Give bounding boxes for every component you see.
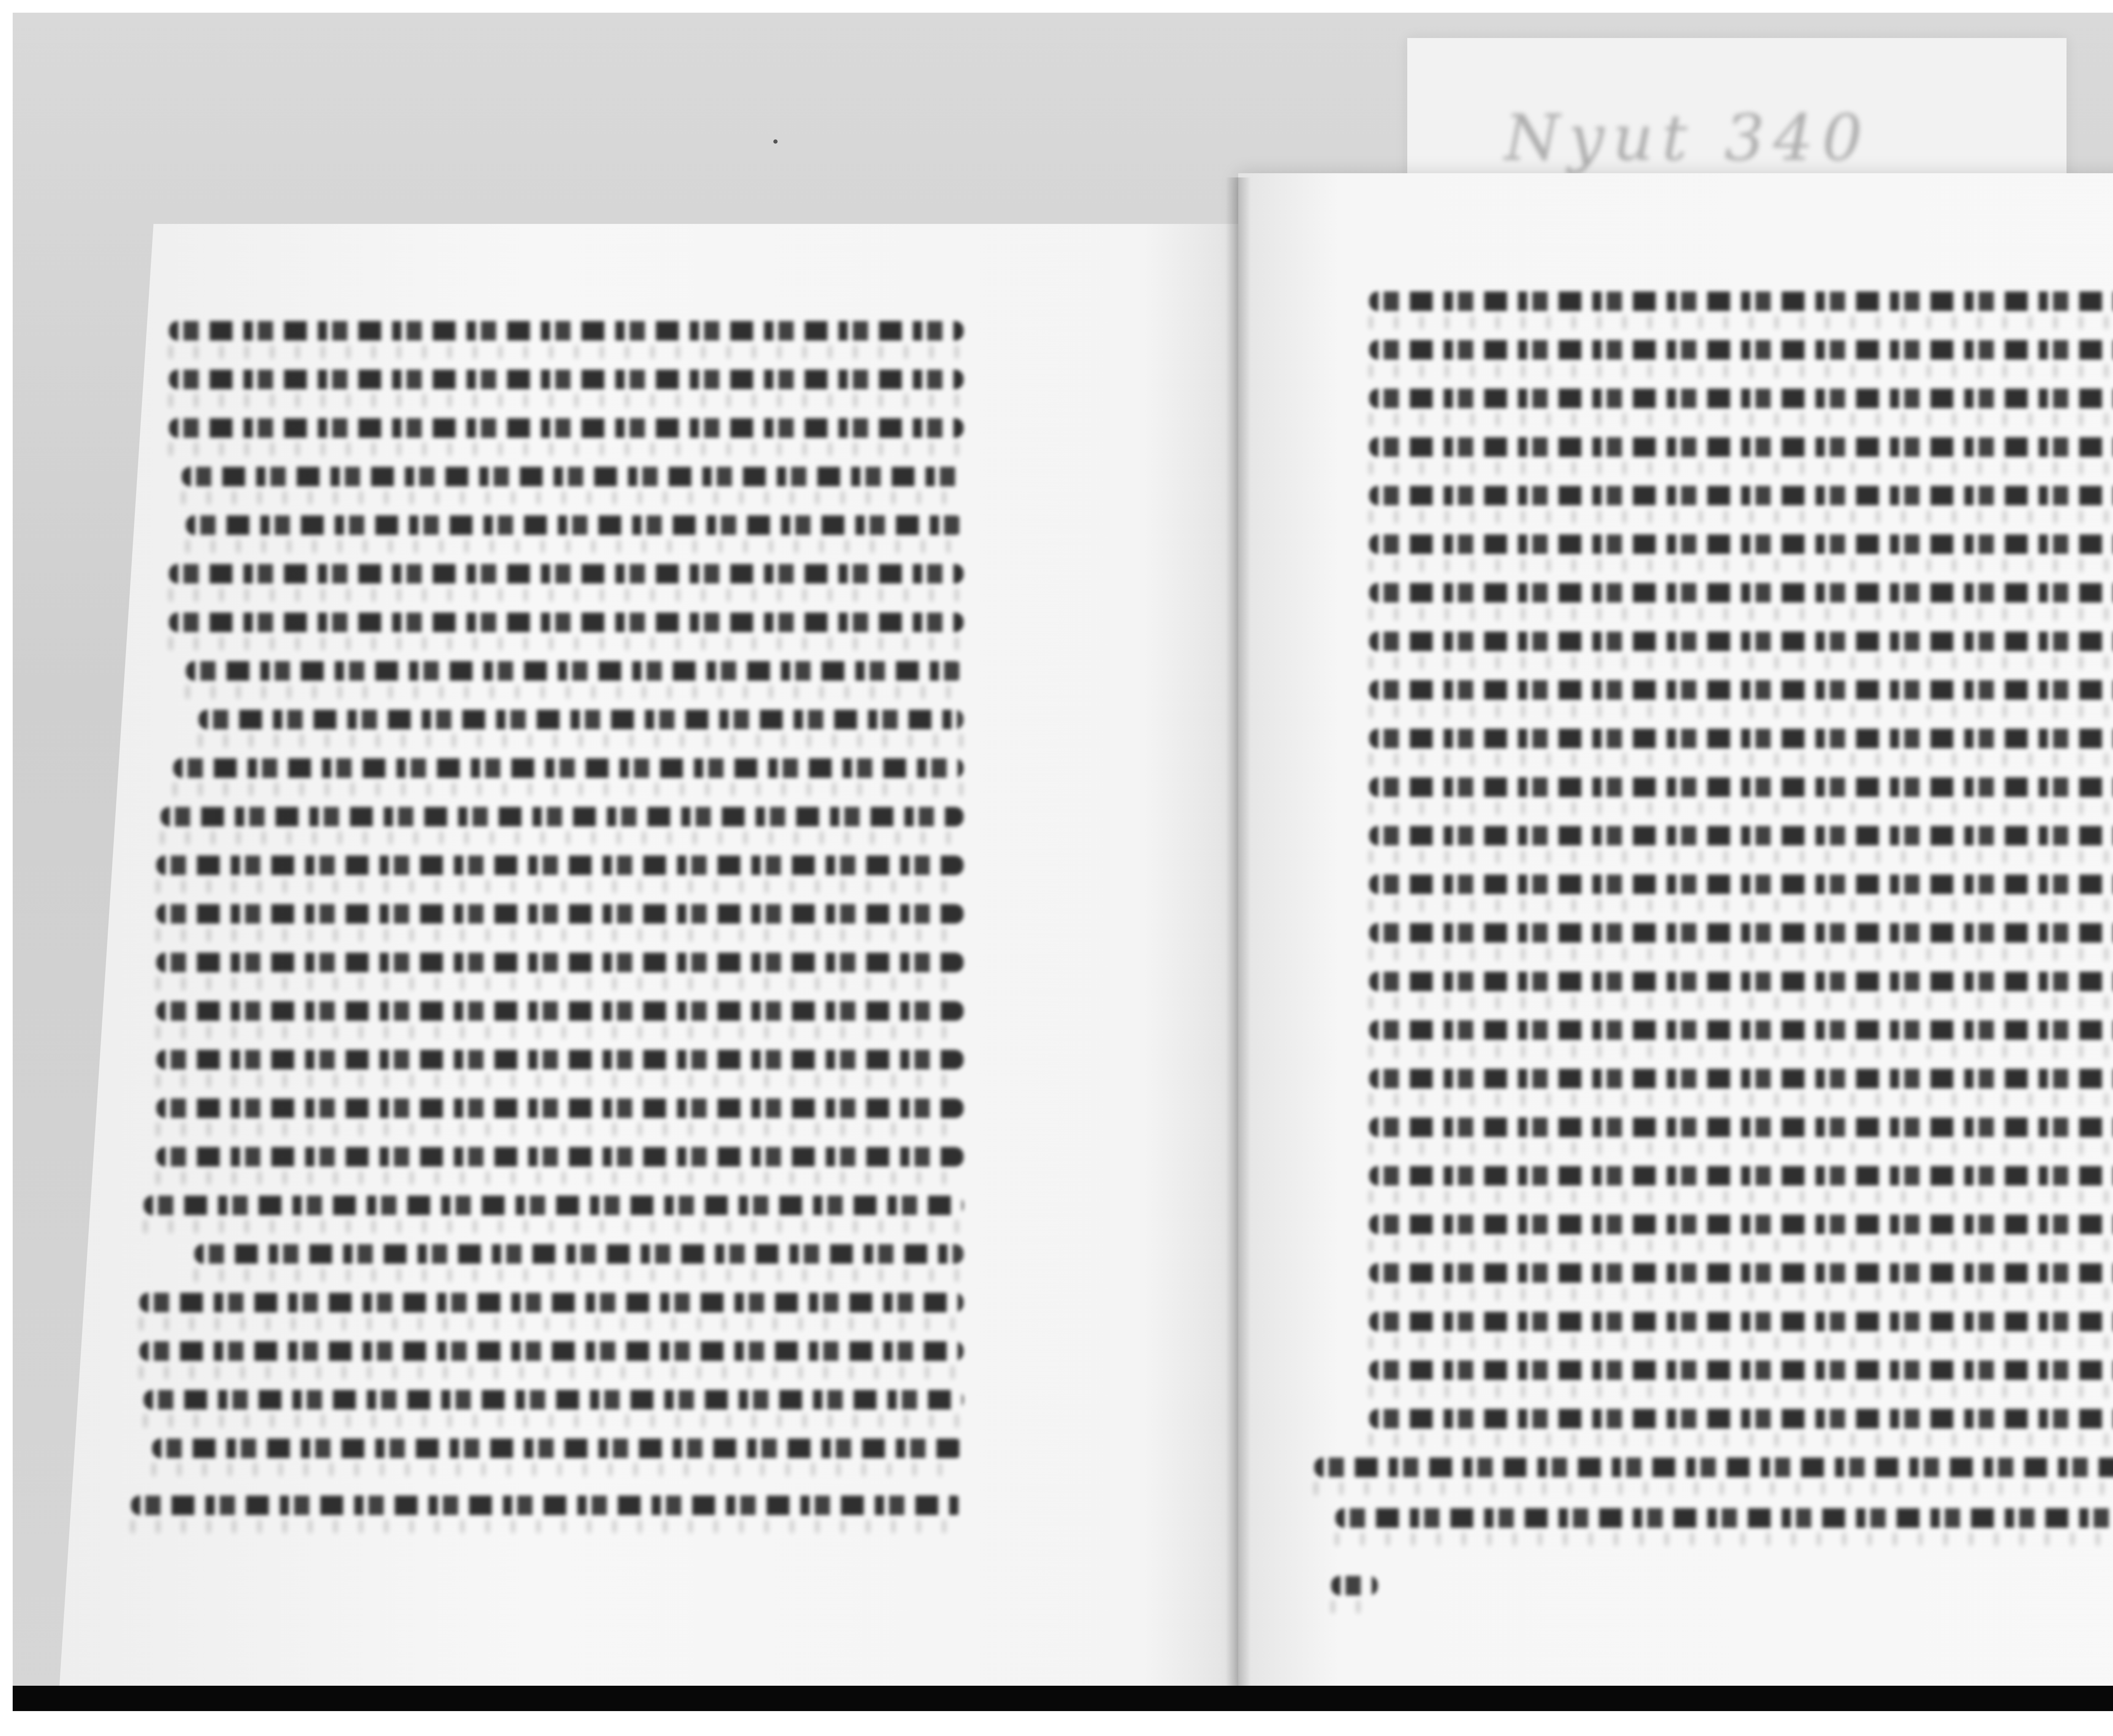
manuscript-text-line xyxy=(156,953,964,972)
manuscript-text-line xyxy=(1369,1166,2113,1185)
manuscript-text-line xyxy=(1369,1117,2113,1137)
manuscript-text-line xyxy=(152,1439,964,1458)
manuscript-text-line xyxy=(156,856,964,875)
right-page-text-block xyxy=(1238,173,2113,1690)
manuscript-text-line xyxy=(1369,340,2113,360)
film-edge-bottom-band xyxy=(13,1686,2113,1711)
manuscript-text-line xyxy=(1369,1215,2113,1234)
manuscript-text-line xyxy=(161,807,964,826)
manuscript-text-line xyxy=(169,370,964,389)
manuscript-text-line xyxy=(1369,680,2113,700)
manuscript-text-line xyxy=(1369,1409,2113,1428)
manuscript-text-line xyxy=(182,467,964,486)
manuscript-text-line xyxy=(139,1293,964,1312)
manuscript-text-line xyxy=(1314,1458,2113,1477)
manuscript-text-line xyxy=(169,418,964,438)
manuscript-text-line xyxy=(156,1050,964,1069)
manuscript-text-line xyxy=(1369,292,2113,311)
manuscript-text-line xyxy=(156,1001,964,1021)
book-gutter xyxy=(1226,177,1251,1690)
shelf-label-text: Nyut 340 xyxy=(1504,101,1871,175)
manuscript-text-line xyxy=(1369,1020,2113,1040)
manuscript-text-line xyxy=(1369,729,2113,748)
manuscript-text-line xyxy=(1369,1360,2113,1380)
manuscript-text-line xyxy=(173,758,964,778)
manuscript-text-line xyxy=(1369,583,2113,602)
manuscript-text-line xyxy=(1369,1312,2113,1331)
manuscript-text-line xyxy=(156,1098,964,1118)
manuscript-text-line xyxy=(139,1341,964,1361)
manuscript-text-line xyxy=(144,1390,964,1409)
manuscript-text-line xyxy=(1331,1576,1378,1595)
dust-speck xyxy=(773,139,778,144)
manuscript-text-line xyxy=(156,904,964,924)
manuscript-text-line xyxy=(131,1496,964,1515)
manuscript-text-line xyxy=(1369,389,2113,408)
manuscript-text-line xyxy=(1369,972,2113,991)
manuscript-text-line xyxy=(169,613,964,632)
manuscript-text-line xyxy=(186,515,964,535)
manuscript-text-line xyxy=(1369,777,2113,797)
manuscript-text-line xyxy=(186,661,964,681)
manuscript-text-line xyxy=(199,710,964,729)
manuscript-text-line xyxy=(1369,632,2113,651)
manuscript-text-line xyxy=(156,1147,964,1166)
left-page xyxy=(59,224,1238,1690)
manuscript-text-line xyxy=(1369,875,2113,894)
left-page-text-block xyxy=(59,224,1238,1690)
manuscript-text-line xyxy=(1369,1069,2113,1088)
right-page xyxy=(1238,173,2113,1690)
manuscript-text-line xyxy=(169,321,964,341)
manuscript-text-line xyxy=(144,1196,964,1215)
manuscript-text-line xyxy=(1335,1508,2113,1528)
manuscript-text-line xyxy=(1369,1263,2113,1283)
manuscript-text-line xyxy=(194,1244,964,1264)
manuscript-text-line xyxy=(1369,923,2113,943)
manuscript-text-line xyxy=(1369,486,2113,505)
manuscript-text-line xyxy=(1369,534,2113,554)
manuscript-text-line xyxy=(169,564,964,583)
manuscript-text-line xyxy=(1369,437,2113,457)
manuscript-text-line xyxy=(1369,826,2113,845)
